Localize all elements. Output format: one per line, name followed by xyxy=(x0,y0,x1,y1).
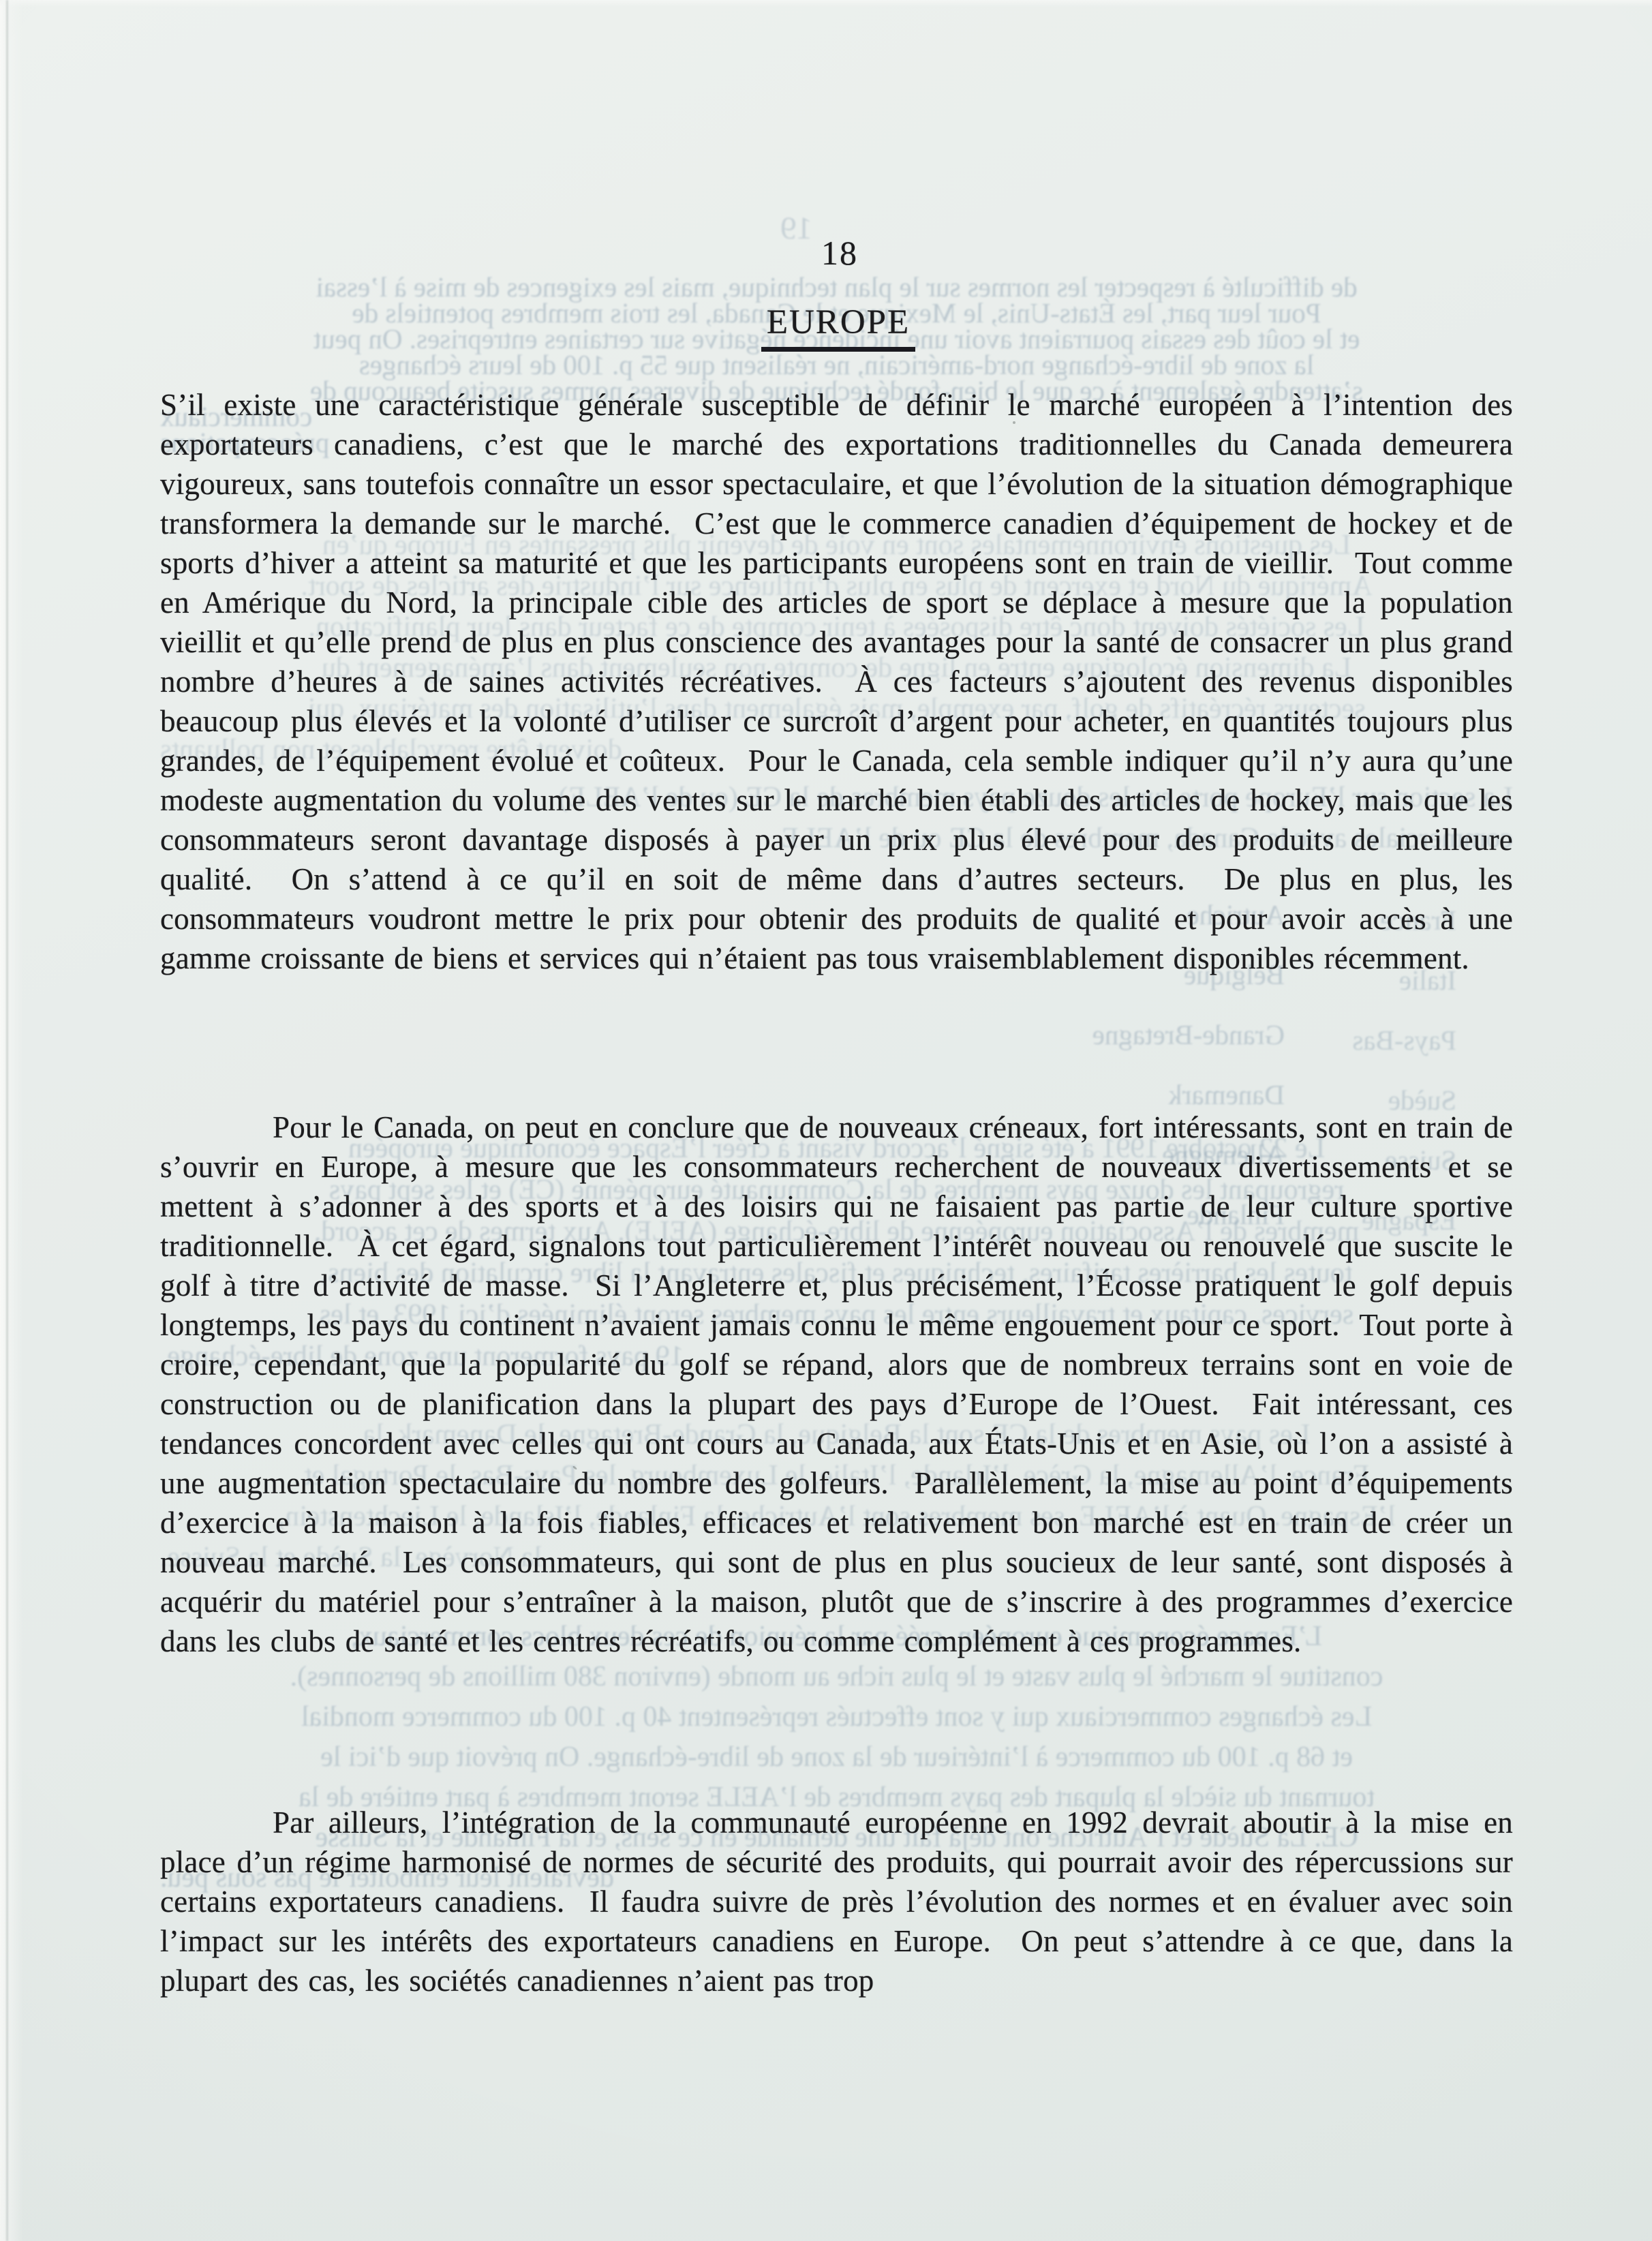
page-number: 18 xyxy=(14,233,1652,273)
scan-speck xyxy=(1013,421,1015,424)
scanned-document-page: 19 de difficulté à respecter les normes … xyxy=(0,0,1652,2241)
scan-speck xyxy=(360,649,363,652)
paper-edge-seam xyxy=(6,0,8,2241)
paragraph-2: Pour le Canada, on peut en conclure que … xyxy=(160,1108,1513,1661)
document-content: 18 EUROPE S’il existe une caractéristiqu… xyxy=(0,0,1652,2241)
paper-edge-top xyxy=(0,0,1652,7)
section-heading-wrap: EUROPE xyxy=(12,303,1652,352)
section-heading: EUROPE xyxy=(761,303,915,352)
paragraph-1: S’il existe une caractéristique générale… xyxy=(160,385,1513,978)
paragraph-3: Par ailleurs, l’intégration de la commun… xyxy=(160,1803,1513,2000)
paper-edge-left xyxy=(0,0,23,2241)
